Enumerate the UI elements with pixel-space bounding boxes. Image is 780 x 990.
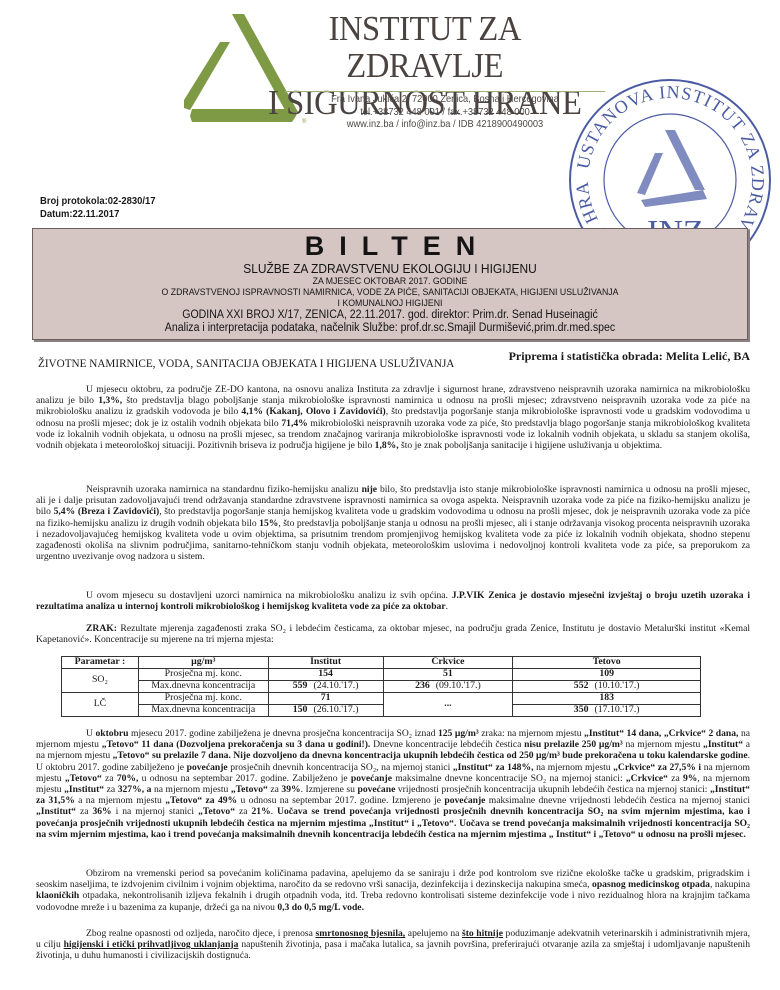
paragraph-stray-animals: Zbog realne opasnosti od ozljeda, naroči…	[36, 928, 750, 962]
protocol-number: Broj protokola:02-2830/17	[40, 195, 156, 208]
table-row: LČProsječna mj. konc.71...183	[62, 693, 701, 705]
section-title: ŽIVOTNE NAMIRNICE, VODA, SANITACIJA OBJE…	[38, 358, 454, 370]
header-crkvice: Crkvice	[383, 657, 513, 669]
tetovo-cell: 350(17.10.'17.)	[513, 705, 701, 717]
institut-cell: 559(24.10.'17.)	[268, 681, 383, 693]
tetovo-cell: 109	[513, 669, 701, 681]
bulletin-title: BILTEN	[33, 231, 747, 261]
preparation-credit: Priprema i statistička obrada: Melita Le…	[509, 349, 750, 364]
paragraph-food-water-micro: U mjesecu oktobru, za područje ZE-DO kan…	[36, 384, 750, 451]
letterhead-rule	[285, 91, 605, 92]
measure-cell: Max.dnevna koncentracija	[138, 705, 268, 717]
air-quality-table: Parametar : µg/m³ Institut Crkvice Tetov…	[61, 656, 701, 717]
measure-cell: Max.dnevna koncentracija	[138, 681, 268, 693]
paragraph-physico-chemical: Neispravnih uzoraka namirnica na standar…	[36, 484, 750, 562]
institut-cell: 71	[268, 693, 383, 705]
table-row: Max.dnevna koncentracija150(26.10.'17.)3…	[62, 705, 701, 717]
phone-fax: tel.+38732 448 001 / fax.+38732 448 000	[315, 107, 576, 120]
bulletin-month: ZA MJESEC OKTOBAR 2017. GODINE	[62, 276, 719, 287]
web-email-idb: www.inz.ba / info@inz.ba / IDB 421890049…	[315, 119, 576, 132]
bulletin-topic-line2: I KOMUNALNOJ HIGIJENI	[62, 298, 719, 309]
header-tetovo: Tetovo	[513, 657, 701, 669]
crkvice-cell: 51	[383, 669, 513, 681]
parameter-cell: LČ	[62, 693, 139, 717]
bulletin-analysis-line: Analiza i interpretacija podataka, načel…	[62, 322, 719, 335]
bulletin-subtitle: SLUŽBE ZA ZDRAVSTVENU EKOLOGIJU I HIGIJE…	[62, 261, 719, 276]
table-row: SO₂Prosječna mj. konc.15451109	[62, 669, 701, 681]
tetovo-cell: 552(10.10.'17.)	[513, 681, 701, 693]
protocol-info: Broj protokola:02-2830/17 Datum:22.11.20…	[40, 195, 156, 221]
table-header-row: Parametar : µg/m³ Institut Crkvice Tetov…	[62, 657, 701, 669]
measure-cell: Prosječna mj. konc.	[138, 669, 268, 681]
crkvice-cell: ...	[383, 693, 513, 717]
header-institut: Institut	[268, 657, 383, 669]
institute-contact: Fra Ivana Jukića 2, 72000 Zenica, Bosna …	[315, 94, 576, 132]
protocol-date: Datum:22.11.2017	[40, 208, 156, 221]
paragraph-samples-vik: U ovom mjesecu su dostavljeni uzorci nam…	[36, 590, 750, 612]
institut-cell: 154	[268, 669, 383, 681]
crkvice-cell: 236(09.10.'17.)	[383, 681, 513, 693]
header-parameter: Parametar :	[62, 657, 139, 669]
header-unit: µg/m³	[138, 657, 268, 669]
paragraph-air-intro: ZRAK: Rezultate mjerenja zagađenosti zra…	[36, 623, 750, 645]
paragraph-air-analysis: U oktobru mjesecu 2017. godine zabilježe…	[36, 728, 750, 840]
institute-name-line1: INSTITUT ZA ZDRAVLJE	[262, 10, 588, 84]
address: Fra Ivana Jukića 2, 72000 Zenica, Bosna …	[315, 94, 576, 107]
bulletin-issue-line: GODINA XXI BROJ X/17, ZENICA, 22.11.2017…	[62, 309, 719, 322]
table-row: Max.dnevna koncentracija559(24.10.'17.)2…	[62, 681, 701, 693]
paragraph-ecological-appeal: Obzirom na vremenski period sa povećanim…	[36, 868, 750, 913]
bulletin-header-box: BILTEN SLUŽBE ZA ZDRAVSTVENU EKOLOGIJU I…	[32, 228, 748, 340]
bulletin-topic-line1: O ZDRAVSTVENOJ ISPRAVNOSTI NAMIRNICA, VO…	[62, 287, 719, 298]
institut-cell: 150(26.10.'17.)	[268, 705, 383, 717]
parameter-cell: SO₂	[62, 669, 139, 693]
measure-cell: Prosječna mj. konc.	[138, 693, 268, 705]
tetovo-cell: 183	[513, 693, 701, 705]
